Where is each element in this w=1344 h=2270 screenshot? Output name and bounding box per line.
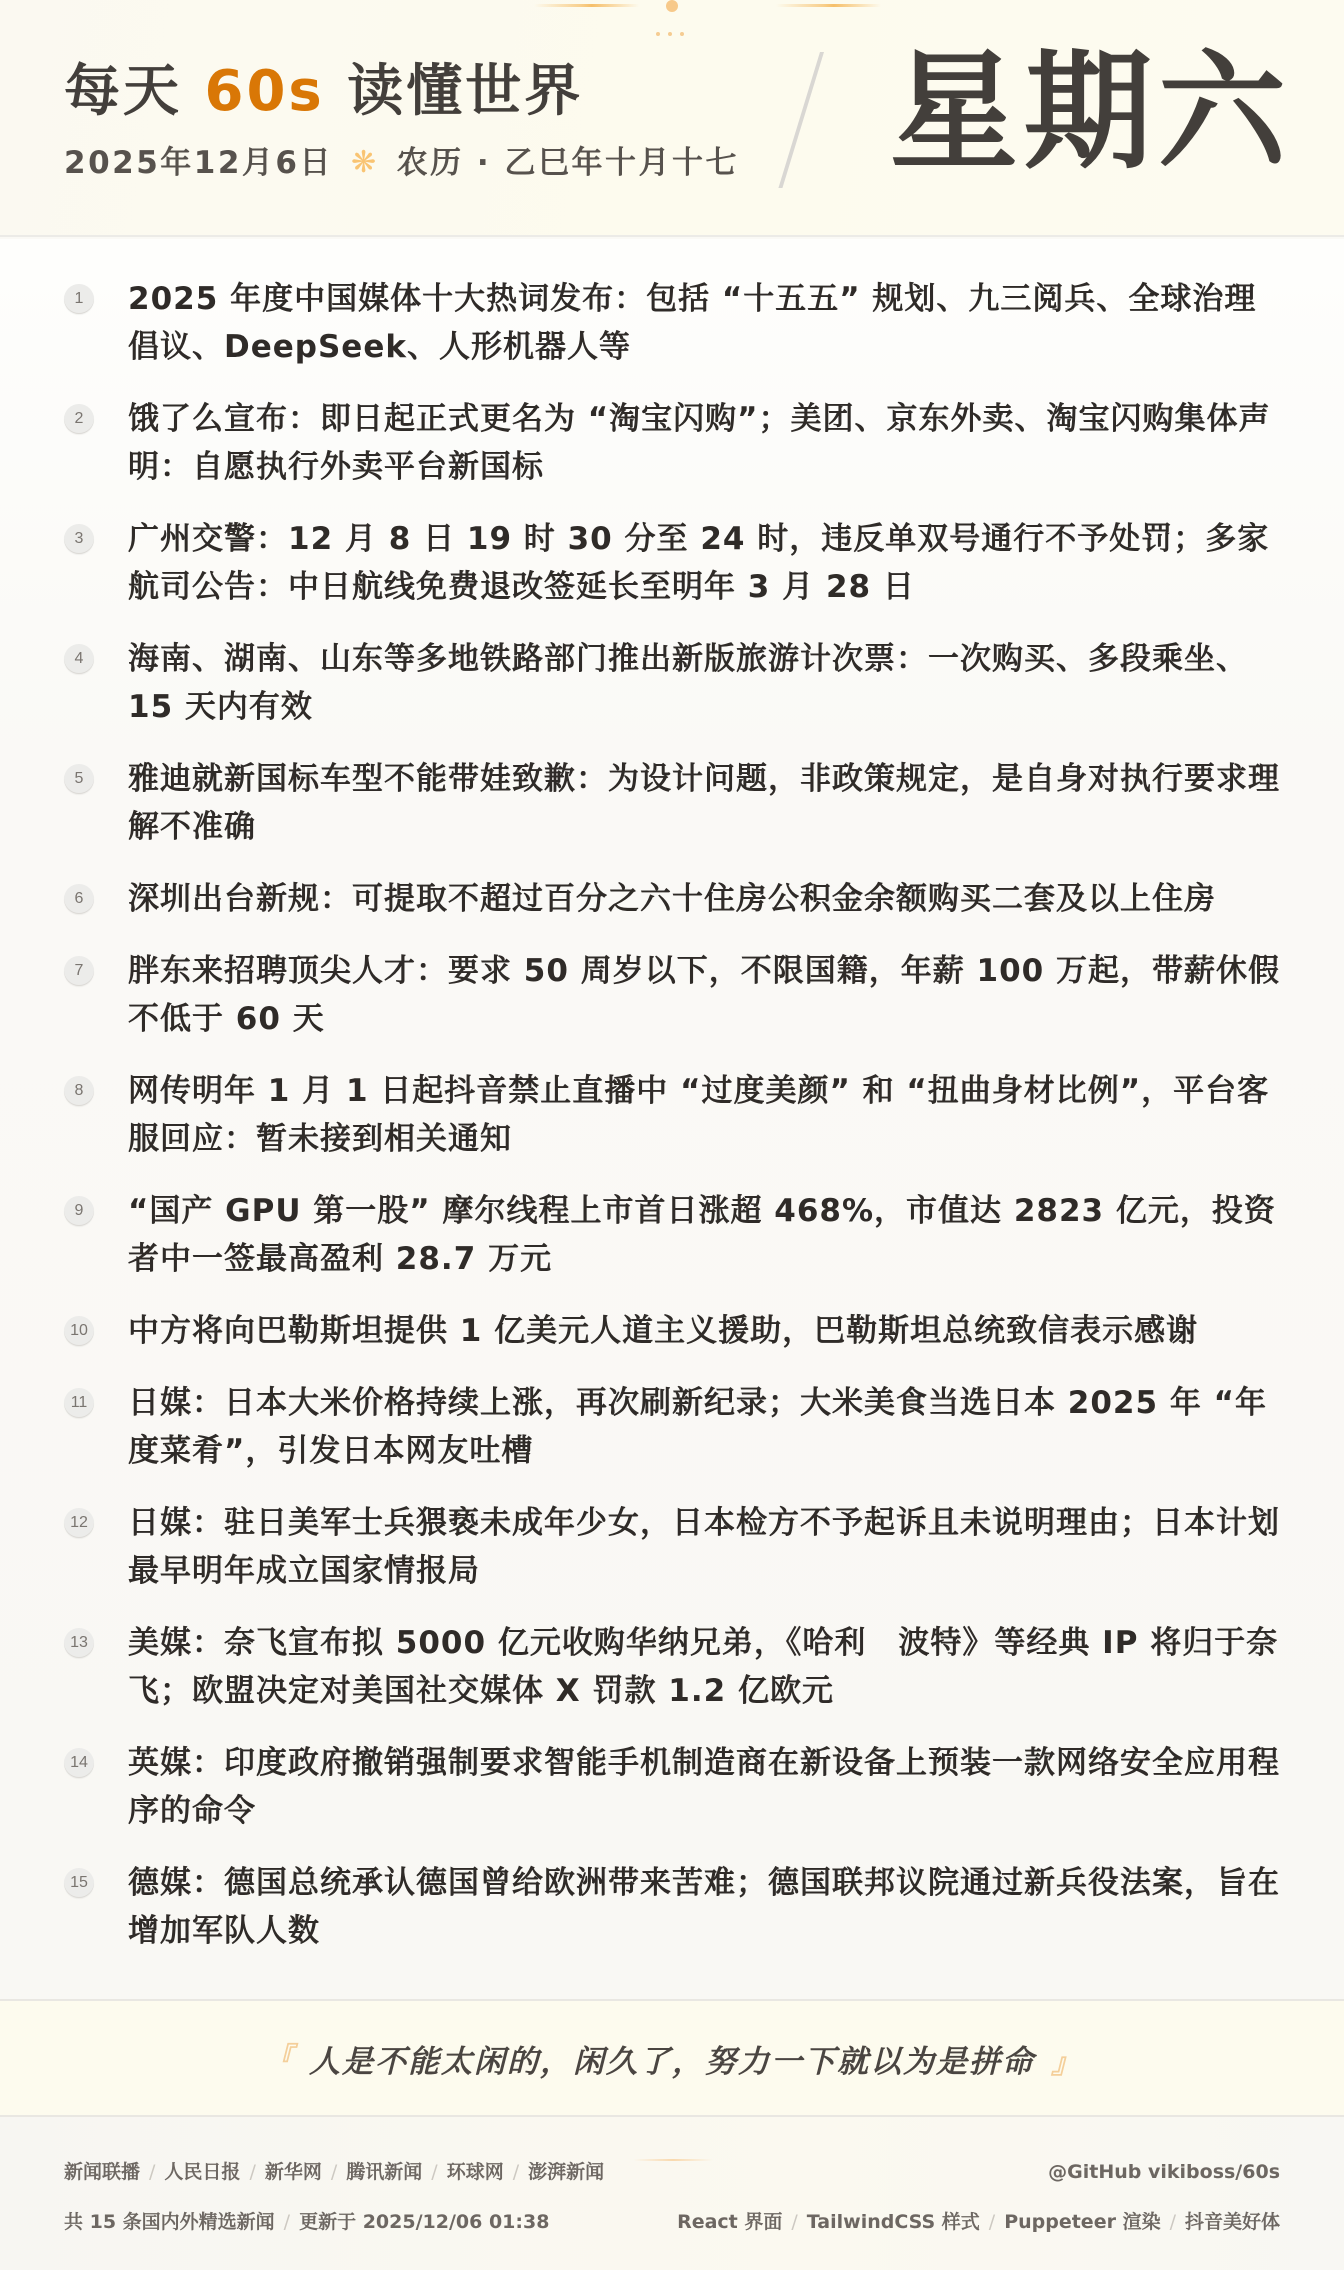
number-badge: 1: [64, 284, 94, 314]
source-item: 新闻联播: [64, 2159, 140, 2185]
number-badge: 4: [64, 644, 94, 674]
source-item: 澎湃新闻: [528, 2159, 604, 2185]
source-item: 人民日报: [164, 2159, 240, 2185]
number-badge: 14: [64, 1748, 94, 1778]
separator: /: [149, 2159, 155, 2185]
github-link[interactable]: @GitHub vikiboss/60s: [1048, 2159, 1280, 2185]
news-item: 12日媒：驻日美军士兵猥亵未成年少女，日本检方不予起诉且未说明理由；日本计划最早…: [64, 1499, 1284, 1595]
decorative-dot-icon: [666, 0, 678, 12]
lunar-date: 农历 · 乙巳年十月十七: [397, 143, 739, 183]
quote-close-icon: 』: [1051, 2042, 1079, 2082]
news-item: 7胖东来招聘顶尖人才：要求 50 周岁以下，不限国籍，年薪 100 万起，带薪休…: [64, 947, 1284, 1043]
source-item: 新华网: [265, 2159, 322, 2185]
decorative-line: [776, 4, 881, 7]
weekday: 星期六: [890, 38, 1292, 188]
number-badge: 13: [64, 1628, 94, 1658]
number-badge: 11: [64, 1388, 94, 1418]
page-title: 每天 60s 读懂世界: [64, 58, 583, 126]
decorative-line: [633, 2159, 713, 2161]
title-accent: 60s: [205, 59, 325, 124]
news-list: 12025 年度中国媒体十大热词发布：包括 “十五五” 规划、九三阅兵、全球治理…: [64, 275, 1284, 1979]
news-item: 8网传明年 1 月 1 日起抖音禁止直播中 “过度美颜” 和 “扭曲身材比例”，…: [64, 1067, 1284, 1163]
tech-stack: React 界面 / TailwindCSS 样式 / Puppeteer 渲染…: [677, 2209, 1280, 2235]
news-text: 海南、湖南、山东等多地铁路部门推出新版旅游计次票：一次购买、多段乘坐、15 天内…: [128, 635, 1284, 731]
news-count: 共 15 条国内外精选新闻: [64, 2209, 275, 2235]
news-text: “国产 GPU 第一股” 摩尔线程上市首日涨超 468%，市值达 2823 亿元…: [128, 1187, 1284, 1283]
star-icon: ❋: [351, 143, 379, 183]
github-credit: @GitHub vikiboss/60s: [1048, 2159, 1280, 2185]
news-text: 广州交警：12 月 8 日 19 时 30 分至 24 时，违反单双号通行不予处…: [128, 515, 1284, 611]
header: 每天 60s 读懂世界 2025年12月6日 ❋ 农历 · 乙巳年十月十七 星期…: [0, 0, 1344, 237]
news-text: 饿了么宣布：即日起正式更名为 “淘宝闪购”；美团、京东外卖、淘宝闪购集体声明：自…: [128, 395, 1284, 491]
news-item: 10中方将向巴勒斯坦提供 1 亿美元人道主义援助，巴勒斯坦总统致信表示感谢: [64, 1307, 1284, 1355]
number-badge: 15: [64, 1868, 94, 1898]
news-item: 5雅迪就新国标车型不能带娃致歉：为设计问题，非政策规定，是自身对执行要求理解不准…: [64, 755, 1284, 851]
separator: /: [989, 2209, 995, 2235]
source-item: 腾讯新闻: [346, 2159, 422, 2185]
number-badge: 9: [64, 1196, 94, 1226]
separator: /: [284, 2209, 290, 2235]
divider-slash: [778, 52, 824, 188]
title-prefix: 每天: [64, 59, 182, 124]
separator: /: [513, 2159, 519, 2185]
separator: /: [431, 2159, 437, 2185]
news-text: 德媒：德国总统承认德国曾给欧洲带来苦难；德国联邦议院通过新兵役法案，旨在增加军队…: [128, 1859, 1284, 1955]
news-item: 12025 年度中国媒体十大热词发布：包括 “十五五” 规划、九三阅兵、全球治理…: [64, 275, 1284, 371]
quote-open-icon: 『: [265, 2036, 293, 2076]
number-badge: 6: [64, 884, 94, 914]
quote-text: 人是不能太闲的，闲久了，努力一下就以为是拼命: [309, 2036, 1035, 2081]
news-text: 胖东来招聘顶尖人才：要求 50 周岁以下，不限国籍，年薪 100 万起，带薪休假…: [128, 947, 1284, 1043]
tech-item: TailwindCSS 样式: [807, 2209, 980, 2235]
decorative-dots-icon: [656, 32, 684, 36]
news-text: 中方将向巴勒斯坦提供 1 亿美元人道主义援助，巴勒斯坦总统致信表示感谢: [128, 1307, 1198, 1355]
news-text: 英媒：印度政府撤销强制要求智能手机制造商在新设备上预装一款网络安全应用程序的命令: [128, 1739, 1284, 1835]
date-line: 2025年12月6日 ❋ 农历 · 乙巳年十月十七: [64, 143, 739, 183]
news-item: 15德媒：德国总统承认德国曾给欧洲带来苦难；德国联邦议院通过新兵役法案，旨在增加…: [64, 1859, 1284, 1955]
tech-item: Puppeteer 渲染: [1004, 2209, 1160, 2235]
number-badge: 8: [64, 1076, 94, 1106]
source-item: 环球网: [447, 2159, 504, 2185]
news-item: 3广州交警：12 月 8 日 19 时 30 分至 24 时，违反单双号通行不予…: [64, 515, 1284, 611]
source-list: 新闻联播 / 人民日报 / 新华网 / 腾讯新闻 / 环球网 / 澎湃新闻: [64, 2159, 604, 2185]
news-text: 网传明年 1 月 1 日起抖音禁止直播中 “过度美颜” 和 “扭曲身材比例”，平…: [128, 1067, 1284, 1163]
header-decoration: [0, 0, 1344, 40]
separator: /: [331, 2159, 337, 2185]
news-text: 2025 年度中国媒体十大热词发布：包括 “十五五” 规划、九三阅兵、全球治理倡…: [128, 275, 1284, 371]
daily-quote: 『 人是不能太闲的，闲久了，努力一下就以为是拼命 』: [0, 1999, 1344, 2117]
tech-item: 抖音美好体: [1185, 2209, 1280, 2235]
separator: /: [249, 2159, 255, 2185]
news-text: 深圳出台新规：可提取不超过百分之六十住房公积金余额购买二套及以上住房: [128, 875, 1216, 923]
news-section: 12025 年度中国媒体十大热词发布：包括 “十五五” 规划、九三阅兵、全球治理…: [0, 239, 1344, 1999]
news-text: 日媒：日本大米价格持续上涨，再次刷新纪录；大米美食当选日本 2025 年 “年度…: [128, 1379, 1284, 1475]
news-text: 雅迪就新国标车型不能带娃致歉：为设计问题，非政策规定，是自身对执行要求理解不准确: [128, 755, 1284, 851]
news-text: 日媒：驻日美军士兵猥亵未成年少女，日本检方不予起诉且未说明理由；日本计划最早明年…: [128, 1499, 1284, 1595]
news-item: 13美媒：奈飞宣布拟 5000 亿元收购华纳兄弟，《哈利 波特》等经典 IP 将…: [64, 1619, 1284, 1715]
news-item: 9“国产 GPU 第一股” 摩尔线程上市首日涨超 468%，市值达 2823 亿…: [64, 1187, 1284, 1283]
tech-item: React 界面: [677, 2209, 782, 2235]
number-badge: 2: [64, 404, 94, 434]
decorative-line: [534, 4, 639, 7]
gregorian-date: 2025年12月6日: [64, 143, 333, 183]
news-item: 11日媒：日本大米价格持续上涨，再次刷新纪录；大米美食当选日本 2025 年 “…: [64, 1379, 1284, 1475]
number-badge: 3: [64, 524, 94, 554]
footer: 新闻联播 / 人民日报 / 新华网 / 腾讯新闻 / 环球网 / 澎湃新闻 共 …: [0, 2117, 1344, 2270]
title-suffix: 读懂世界: [347, 59, 583, 124]
number-badge: 7: [64, 956, 94, 986]
news-meta: 共 15 条国内外精选新闻 / 更新于 2025/12/06 01:38: [64, 2209, 549, 2235]
updated-time: 更新于 2025/12/06 01:38: [299, 2209, 549, 2235]
separator: /: [1170, 2209, 1176, 2235]
number-badge: 5: [64, 764, 94, 794]
news-item: 4海南、湖南、山东等多地铁路部门推出新版旅游计次票：一次购买、多段乘坐、15 天…: [64, 635, 1284, 731]
news-item: 2饿了么宣布：即日起正式更名为 “淘宝闪购”；美团、京东外卖、淘宝闪购集体声明：…: [64, 395, 1284, 491]
news-item: 14英媒：印度政府撤销强制要求智能手机制造商在新设备上预装一款网络安全应用程序的…: [64, 1739, 1284, 1835]
number-badge: 12: [64, 1508, 94, 1538]
number-badge: 10: [64, 1316, 94, 1346]
news-text: 美媒：奈飞宣布拟 5000 亿元收购华纳兄弟，《哈利 波特》等经典 IP 将归于…: [128, 1619, 1284, 1715]
separator: /: [791, 2209, 797, 2235]
news-item: 6深圳出台新规：可提取不超过百分之六十住房公积金余额购买二套及以上住房: [64, 875, 1284, 923]
